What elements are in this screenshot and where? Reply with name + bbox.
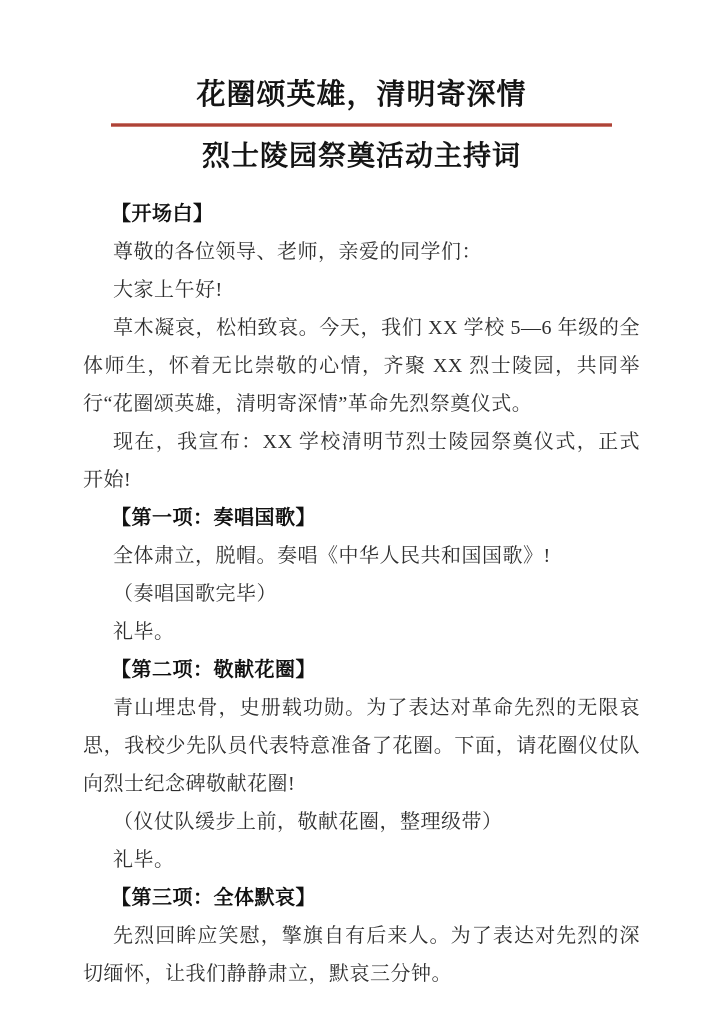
paragraph: 青山埋忠骨，史册载功勋。为了表达对革命先烈的无限哀思，我校少先队员代表特意准备了… — [83, 689, 640, 803]
paragraph: 全体肃立，脱帽。奏唱《中华人民共和国国歌》! — [83, 537, 640, 575]
section-heading: 【第一项：奏唱国歌】 — [83, 499, 640, 537]
paragraph: 现在，我宣布：XX 学校清明节烈士陵园祭奠仪式，正式开始! — [83, 423, 640, 499]
document-page: 花圈颂英雄，清明寄深情 烈士陵园祭奠活动主持词 【开场白】尊敬的各位领导、老师，… — [0, 0, 723, 1024]
paragraph: 草木凝哀，松柏致哀。今天，我们 XX 学校 5—6 年级的全体师生，怀着无比崇敬… — [83, 309, 640, 423]
paragraph: 大家上午好! — [83, 271, 640, 309]
document-title: 花圈颂英雄，清明寄深情 — [0, 0, 723, 112]
section-heading: 【开场白】 — [83, 195, 640, 233]
title-divider-line — [111, 123, 612, 127]
document-body: 【开场白】尊敬的各位领导、老师，亲爱的同学们：大家上午好!草木凝哀，松柏致哀。今… — [83, 195, 640, 993]
section-heading: 【第二项：敬献花圈】 — [83, 651, 640, 689]
paragraph: 礼毕。 — [83, 613, 640, 651]
paragraph: （仪仗队缓步上前，敬献花圈，整理级带） — [83, 803, 640, 841]
document-subtitle: 烈士陵园祭奠活动主持词 — [0, 140, 723, 174]
paragraph: 先烈回眸应笑慰，擎旗自有后来人。为了表达对先烈的深切缅怀，让我们静静肃立，默哀三… — [83, 917, 640, 993]
paragraph: （奏唱国歌完毕） — [83, 575, 640, 613]
paragraph: 礼毕。 — [83, 841, 640, 879]
paragraph: 尊敬的各位领导、老师，亲爱的同学们： — [83, 233, 640, 271]
section-heading: 【第三项：全体默哀】 — [83, 879, 640, 917]
